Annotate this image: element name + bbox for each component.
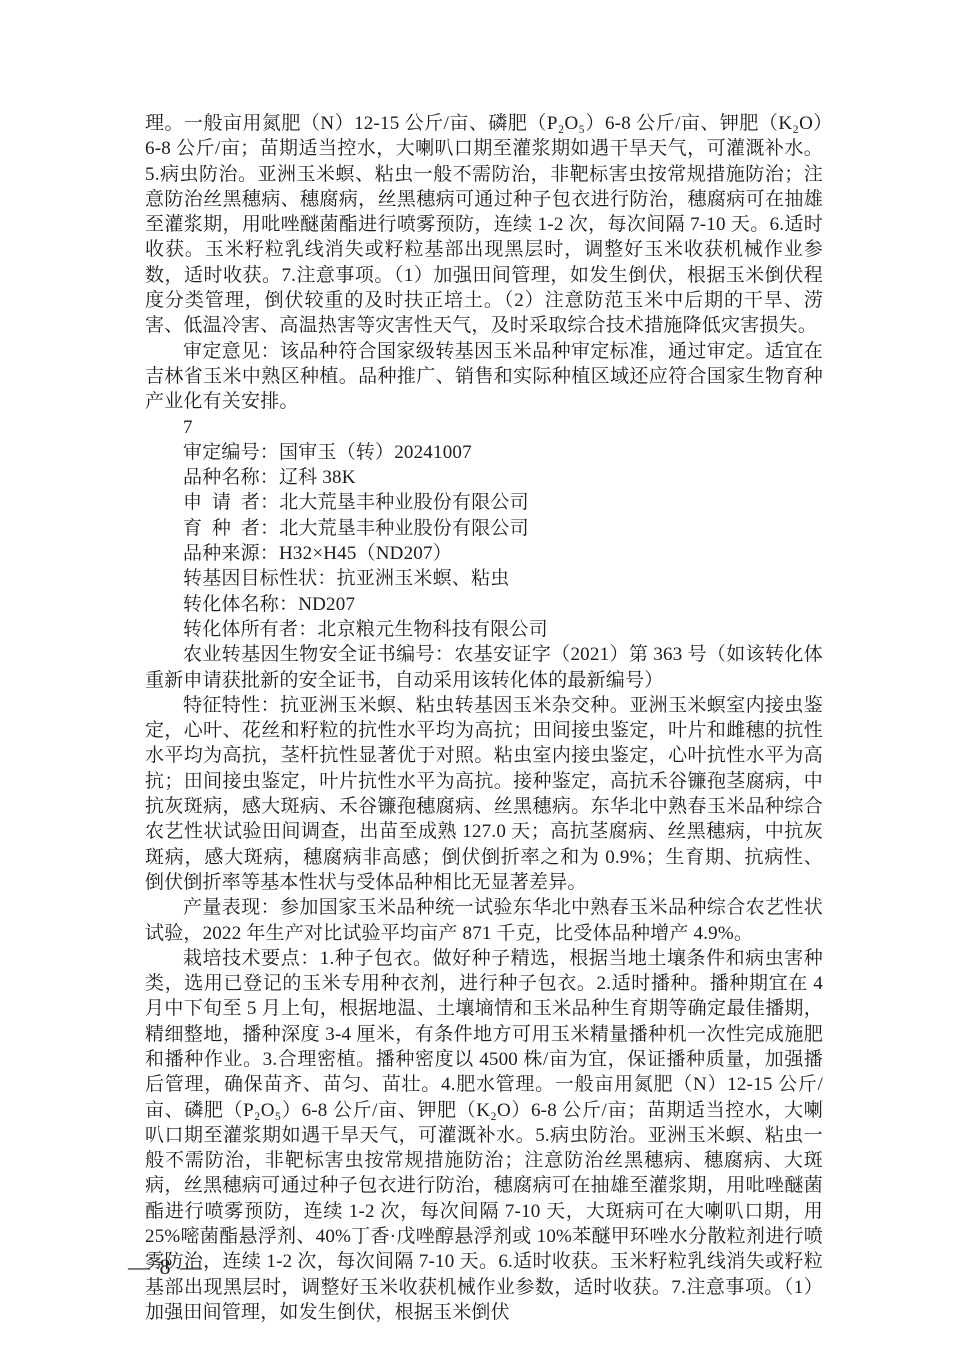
- field-applicant: 申 请 者：北大荒垦丰种业股份有限公司: [145, 490, 823, 515]
- field-gm-target-trait: 转基因目标性状：抗亚洲玉米螟、粘虫: [145, 566, 823, 591]
- field-approval-number: 审定编号：国审玉（转）20241007: [145, 440, 823, 465]
- paragraph-characteristics: 特征特性：抗亚洲玉米螟、粘虫转基因玉米杂交种。亚洲玉米螟室内接虫鉴定，心叶、花丝…: [145, 693, 823, 895]
- document-body: 理。一般亩用氮肥（N）12-15 公斤/亩、磷肥（P₂O₅）6-8 公斤/亩、钾…: [145, 111, 823, 1325]
- continuation-paragraph-cultivation: 理。一般亩用氮肥（N）12-15 公斤/亩、磷肥（P₂O₅）6-8 公斤/亩、钾…: [145, 111, 823, 339]
- field-transformation-event-owner: 转化体所有者：北京粮元生物科技有限公司: [145, 617, 823, 642]
- approval-opinion-paragraph: 审定意见：该品种符合国家级转基因玉米品种审定标准，通过审定。适宜在吉林省玉米中熟…: [145, 339, 823, 415]
- page-number: — 8 —: [128, 1254, 204, 1280]
- entry-number: 7: [145, 415, 823, 440]
- field-variety-name: 品种名称：辽科 38K: [145, 465, 823, 490]
- paragraph-yield-performance: 产量表现：参加国家玉米品种统一试验东华北中熟春玉米品种综合农艺性状试验，2022…: [145, 895, 823, 946]
- field-breeder: 育 种 者：北大荒垦丰种业股份有限公司: [145, 516, 823, 541]
- document-page: 理。一般亩用氮肥（N）12-15 公斤/亩、磷肥（P₂O₅）6-8 公斤/亩、钾…: [0, 0, 960, 1358]
- field-safety-certificate-number: 农业转基因生物安全证书编号：农基安证字（2021）第 363 号（如该转化体重新…: [145, 642, 823, 693]
- field-variety-origin: 品种来源：H32×H45（ND207）: [145, 541, 823, 566]
- field-transformation-event-name: 转化体名称：ND207: [145, 592, 823, 617]
- paragraph-cultivation-techniques: 栽培技术要点：1.种子包衣。做好种子精选，根据当地土壤条件和病虫害种类，选用已登…: [145, 946, 823, 1325]
